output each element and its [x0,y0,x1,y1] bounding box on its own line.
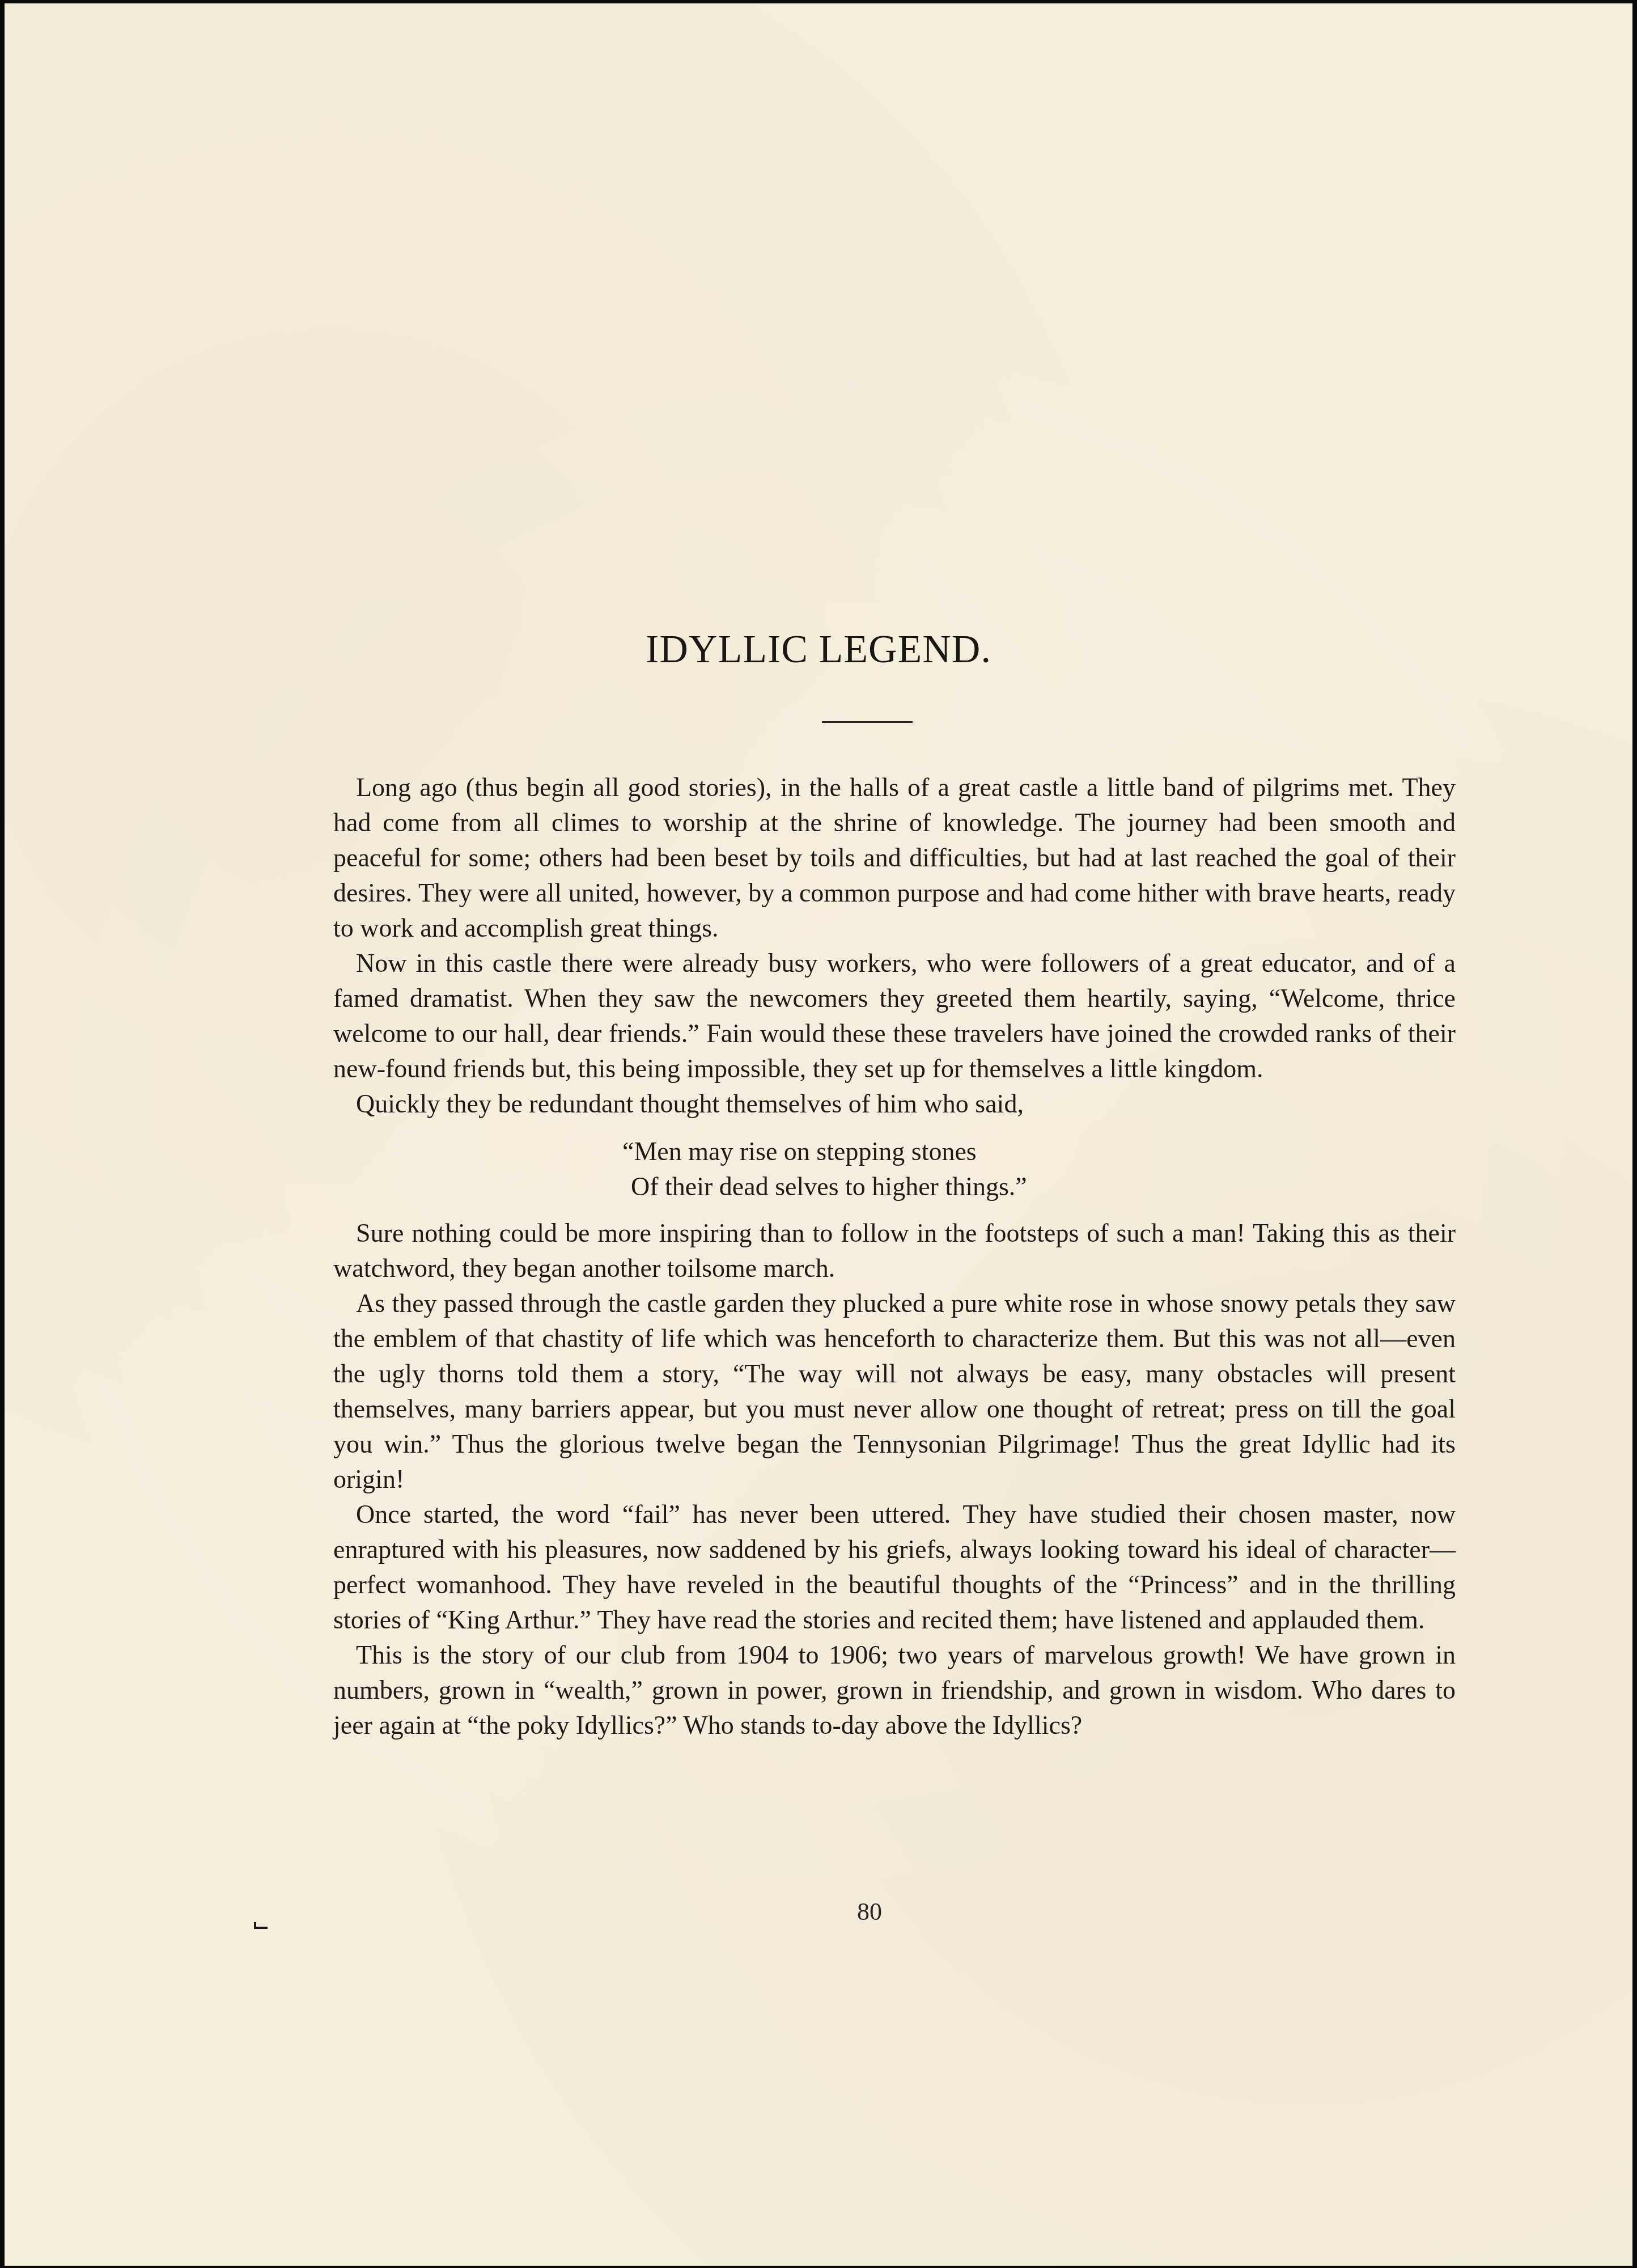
document-body: Long ago (thus begin all good stories), … [333,770,1456,1743]
paragraph: Once started, the word “fail” has never … [333,1497,1456,1637]
paragraph: Long ago (thus begin all good stories), … [333,770,1456,946]
page-number: 80 [857,1897,882,1926]
paragraph: Sure nothing could be more inspiring tha… [333,1216,1456,1286]
printer-corner-mark-icon [254,1922,268,1929]
page-title: IDYLLIC LEGEND. [5,627,1632,672]
title-divider-rule [822,721,913,723]
paragraph: Now in this castle there were already bu… [333,946,1456,1086]
paragraph: Quickly they be redundant thought themse… [333,1086,1456,1122]
verse-line: Of their dead selves to higher things.” [622,1169,1456,1204]
verse-line: “Men may rise on stepping stones [622,1134,1456,1169]
document-page: IDYLLIC LEGEND. Long ago (thus begin all… [5,3,1632,2266]
paragraph: As they passed through the castle garden… [333,1286,1456,1497]
verse-quotation: “Men may rise on stepping stones Of thei… [333,1134,1456,1204]
paragraph: This is the story of our club from 1904 … [333,1637,1456,1743]
